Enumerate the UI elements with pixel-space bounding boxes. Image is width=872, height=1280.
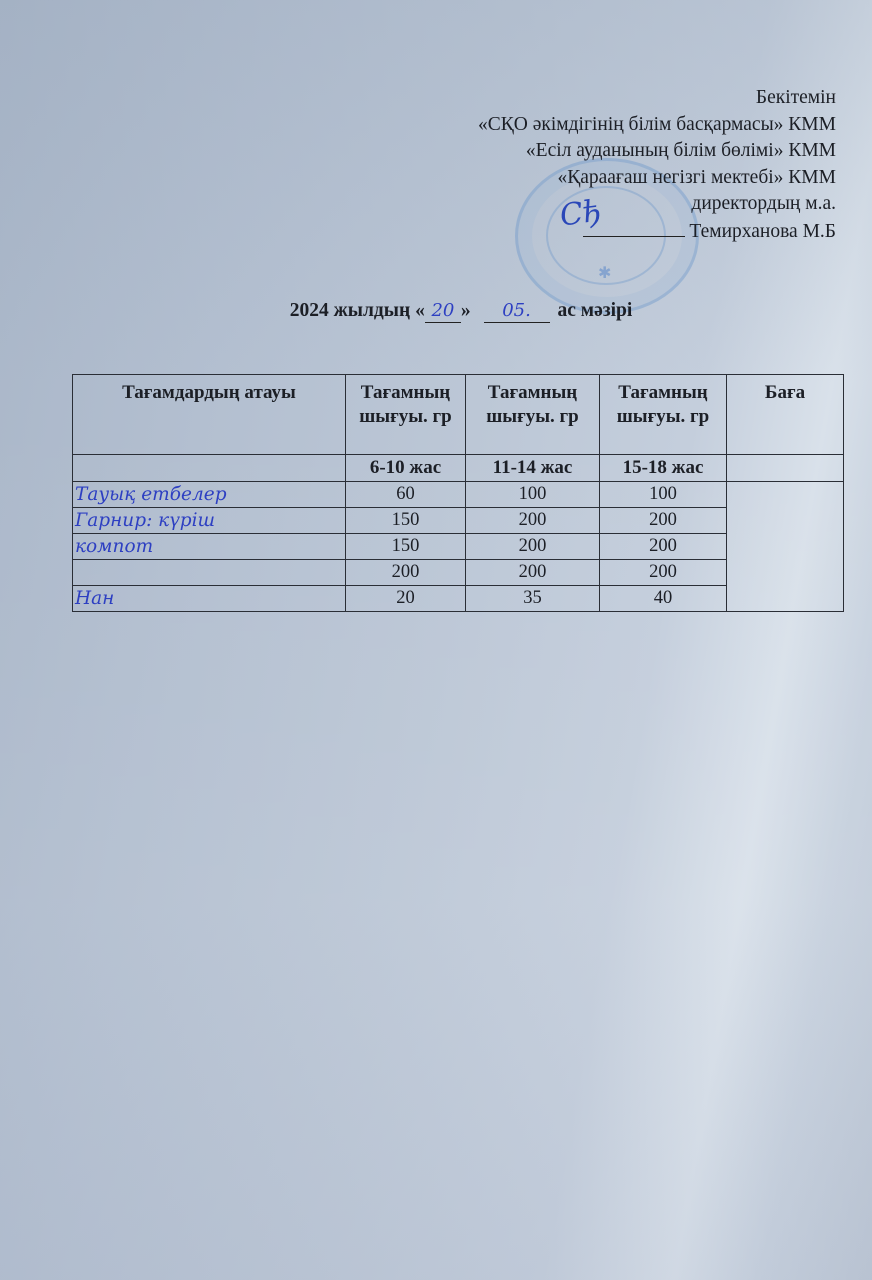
month-handwritten: 05. [502, 300, 531, 321]
dish-name [73, 560, 346, 586]
yield-6-10: 150 [346, 508, 466, 534]
header-yield-2: Тағамның шығуы. гр [466, 375, 600, 455]
yield-11-14: 100 [466, 482, 600, 508]
approval-block: Бекітемін «СҚО әкімдігінің білім басқарм… [478, 85, 836, 245]
yield-6-10: 60 [346, 482, 466, 508]
age-price-cell [727, 455, 844, 482]
dish-name: Гарнир: күріш [73, 508, 346, 534]
age-group-1: 6-10 жас [346, 455, 466, 482]
age-group-3: 15-18 жас [600, 455, 727, 482]
header-row: Тағамдардың атауы Тағамның шығуы. гр Тағ… [73, 375, 844, 455]
yield-15-18: 40 [600, 586, 727, 612]
age-group-2: 11-14 жас [466, 455, 600, 482]
yield-15-18: 200 [600, 534, 727, 560]
yield-15-18: 200 [600, 508, 727, 534]
org-line-1: «СҚО әкімдігінің білім басқармасы» КММ [478, 112, 836, 139]
yield-6-10: 20 [346, 586, 466, 612]
yield-15-18: 200 [600, 560, 727, 586]
dish-name: компот [73, 534, 346, 560]
signatory-name: Темирханова М.Б [689, 221, 836, 242]
org-line-3: «Қараағаш негізгі мектебі» КММ [478, 165, 836, 192]
signatory-line: Темирханова М.Б [478, 218, 836, 246]
day-blank: 20 [425, 300, 461, 323]
age-group-row: 6-10 жас 11-14 жас 15-18 жас [73, 455, 844, 482]
header-price: Баға [727, 375, 844, 455]
price-cell [727, 482, 844, 612]
dish-name: Тауық етбелер [73, 482, 346, 508]
org-line-2: «Есіл ауданының білім бөлімі» КММ [478, 138, 836, 165]
age-empty-cell [73, 455, 346, 482]
yield-11-14: 200 [466, 534, 600, 560]
yield-11-14: 35 [466, 586, 600, 612]
yield-6-10: 200 [346, 560, 466, 586]
title-year-prefix: 2024 жылдың « [290, 300, 425, 321]
header-yield-3: Тағамның шығуы. гр [600, 375, 727, 455]
table-row: Тауық етбелер 60 100 100 [73, 482, 844, 508]
yield-11-14: 200 [466, 508, 600, 534]
month-blank: 05. [484, 300, 550, 323]
dish-name: Нан [73, 586, 346, 612]
day-handwritten: 20 [431, 300, 454, 321]
header-yield-1: Тағамның шығуы. гр [346, 375, 466, 455]
yield-15-18: 100 [600, 482, 727, 508]
menu-table: Тағамдардың атауы Тағамның шығуы. гр Тағ… [72, 374, 844, 612]
yield-11-14: 200 [466, 560, 600, 586]
position: директордың м.а. [478, 191, 836, 218]
title-suffix: ас мәзірі [558, 300, 633, 321]
stamp-star-icon: ✱ [598, 263, 611, 283]
title-quote-close: » [461, 300, 471, 321]
approval-heading: Бекітемін [478, 85, 836, 112]
header-dish-name: Тағамдардың атауы [73, 375, 346, 455]
yield-6-10: 150 [346, 534, 466, 560]
handwritten-signature: Сђ [558, 193, 604, 233]
menu-title: 2024 жылдың «20» 05.ас мәзірі [0, 300, 872, 323]
